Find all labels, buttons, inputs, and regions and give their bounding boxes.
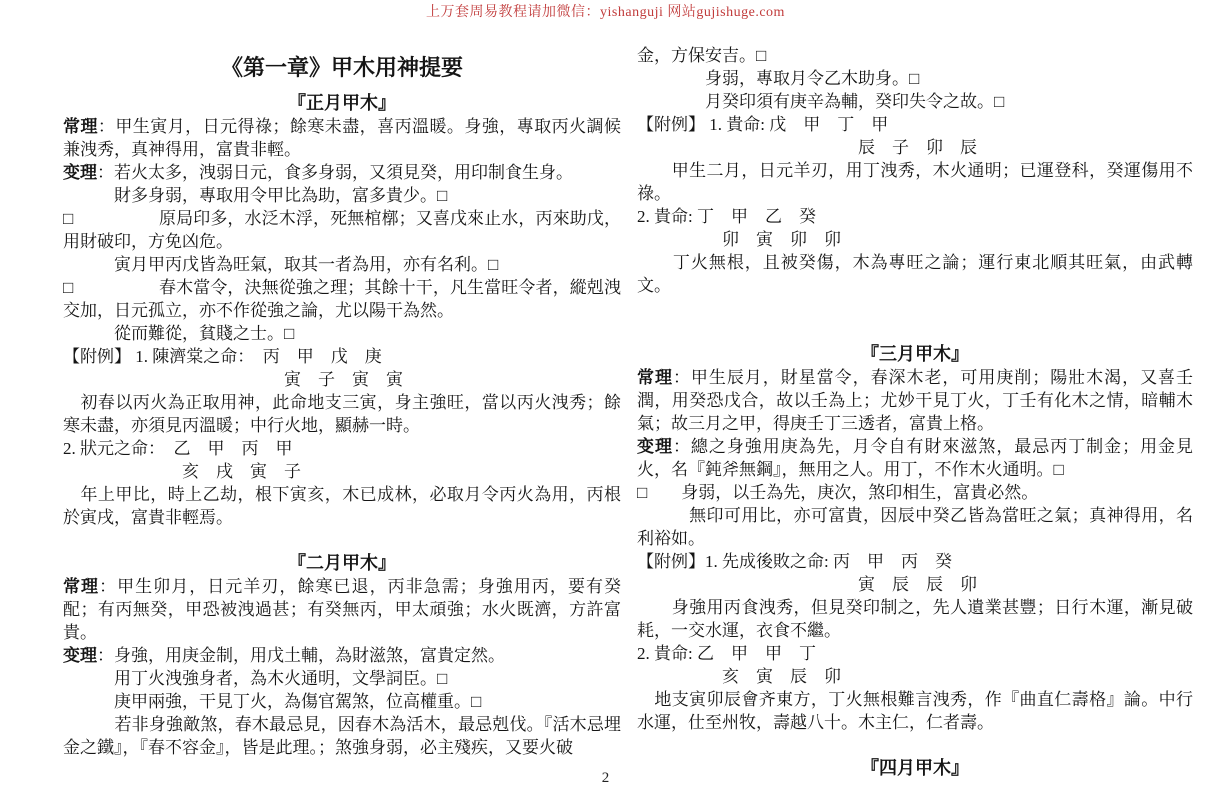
blank-line — [637, 734, 1193, 757]
paragraph: 寅 辰 辰 卯 — [637, 573, 1193, 596]
labeled-paragraph: 常理：甲生卯月，日元羊刃，餘寒已退，丙非急需；身強用丙，要有癸配；有丙無癸，甲恐… — [63, 575, 621, 644]
paragraph: 亥 戌 寅 子 — [63, 460, 621, 483]
paragraph: 寅 子 寅 寅 — [63, 368, 621, 391]
chapter-title: 《第一章》甲木用神提要 — [63, 52, 621, 84]
paragraph-label: 常理 — [63, 577, 99, 596]
paragraph: 【附例】 1. 貴命: 戊 甲 丁 甲 — [637, 113, 1193, 136]
paragraph: 丁火無根，且被癸傷，木為專旺之論；運行東北順其旺氣，由武轉文。 — [637, 251, 1193, 297]
paragraph: 年上甲比，時上乙劫，根下寅亥，木已成林，必取月令丙火為用，丙根於寅戌，富貴非輕焉… — [63, 483, 621, 529]
paragraph: 庚甲兩強，干見丁火，為傷官駕煞，位高權重。□ — [63, 690, 621, 713]
right-column: 金，方保安吉。□ 身弱，專取月令乙木助身。□ 月癸印須有庚辛為輔，癸印失令之故。… — [637, 44, 1193, 780]
blank-line — [637, 297, 1193, 320]
paragraph: 【附例】 1. 陳濟棠之命： 丙 甲 戊 庚 — [63, 345, 621, 368]
paragraph-label: 变理 — [637, 437, 673, 456]
blank-line — [637, 320, 1193, 343]
paragraph: 用丁火洩強身者，為木火通明，文學詞臣。□ — [63, 667, 621, 690]
paragraph: 若非身強敵煞，春木最忌見，因春木為活木，最忌剋伐。『活木忌埋金之鐵』，『春不容金… — [63, 713, 621, 759]
paragraph-label: 常理 — [637, 368, 673, 387]
section-title: 『三月甲木』 — [637, 343, 1193, 366]
paragraph: 2. 貴命: 乙 甲 甲 丁 — [637, 642, 1193, 665]
paragraph: 從而難從，貧賤之士。□ — [63, 322, 621, 345]
paragraph: 無印可用比，亦可富貴，因辰中癸乙皆為當旺之氣；真神得用，名利裕如。 — [637, 504, 1193, 550]
document-page: 上万套周易教程请加微信：yishanguji 网站gujishuge.com 《… — [0, 0, 1211, 800]
paragraph: 2. 貴命: 丁 甲 乙 癸 — [637, 205, 1193, 228]
left-column: 《第一章》甲木用神提要『正月甲木』常理：甲生寅月，日元得祿；餘寒未盡，喜丙溫暖。… — [63, 50, 621, 759]
paragraph-label: 变理 — [63, 646, 97, 665]
paragraph-label: 变理 — [63, 163, 97, 182]
paragraph: 甲生二月，日元羊刃，用丁洩秀，木火通明；已運登科，癸運傷用不祿。 — [637, 159, 1193, 205]
paragraph: 身強用丙食洩秀，但見癸印制之，先人遺業甚豐；日行木運，漸見破耗，一交水運，衣食不… — [637, 596, 1193, 642]
paragraph: 2. 狀元之命： 乙 甲 丙 甲 — [63, 437, 621, 460]
paragraph: 辰 子 卯 辰 — [637, 136, 1193, 159]
paragraph: 卯 寅 卯 卯 — [637, 228, 1193, 251]
labeled-paragraph: 常理：甲生辰月，財星當令，春深木老，可用庚削；陽壯木渴，又喜壬潤，用癸恐戊合，故… — [637, 366, 1193, 435]
paragraph: □ 春木當令，決無從強之理；其餘十干，凡生當旺令者，縱剋洩交加，日元孤立，亦不作… — [63, 276, 621, 322]
paragraph: □ 身弱，以壬為先，庚次，煞印相生，富貴必然。 — [637, 481, 1193, 504]
section-title: 『正月甲木』 — [63, 92, 621, 115]
paragraph: 月癸印須有庚辛為輔，癸印失令之故。□ — [637, 90, 1193, 113]
paragraph: 【附例】1. 先成後敗之命: 丙 甲 丙 癸 — [637, 550, 1193, 573]
paragraph: 亥 寅 辰 卯 — [637, 665, 1193, 688]
paragraph-label: 常理 — [63, 117, 98, 136]
paragraph: 初春以丙火為正取用神，此命地支三寅，身主強旺，當以丙火洩秀；餘寒未盡，亦須見丙溫… — [63, 391, 621, 437]
watermark-header-text: 上万套周易教程请加微信：yishanguji 网站gujishuge.com — [0, 1, 1211, 21]
paragraph: 財多身弱，專取用令甲比為助，富多貴少。□ — [63, 184, 621, 207]
paragraph: 金，方保安吉。□ — [637, 44, 1193, 67]
paragraph: 寅月甲丙戊皆為旺氣，取其一者為用，亦有名利。□ — [63, 253, 621, 276]
paragraph: 身弱，專取月令乙木助身。□ — [637, 67, 1193, 90]
paragraph: 地支寅卯辰會齐東方，丁火無根難言洩秀，作『曲直仁壽格』論。中行水運，仕至州牧，壽… — [637, 688, 1193, 734]
paragraph: □ 原局印多，水泛木浮，死無棺槨；又喜戊來止水，丙來助戊，用財破印，方免凶危。 — [63, 207, 621, 253]
section-title: 『二月甲木』 — [63, 552, 621, 575]
page-number: 2 — [0, 770, 1211, 787]
blank-line — [63, 529, 621, 552]
labeled-paragraph: 变理：若火太多，洩弱日元，食多身弱，又須見癸，用印制食生身。 — [63, 161, 621, 184]
labeled-paragraph: 变理：總之身強用庚為先，月令自有財來滋煞，最忌丙丁制金；用金見火，名『鈍斧無鋼』… — [637, 435, 1193, 481]
labeled-paragraph: 变理：身強，用庚金制，用戊土輔，為財滋煞，富貴定然。 — [63, 644, 621, 667]
labeled-paragraph: 常理：甲生寅月，日元得祿；餘寒未盡，喜丙溫暖。身強，專取丙火調候 兼洩秀，真神得… — [63, 115, 621, 161]
